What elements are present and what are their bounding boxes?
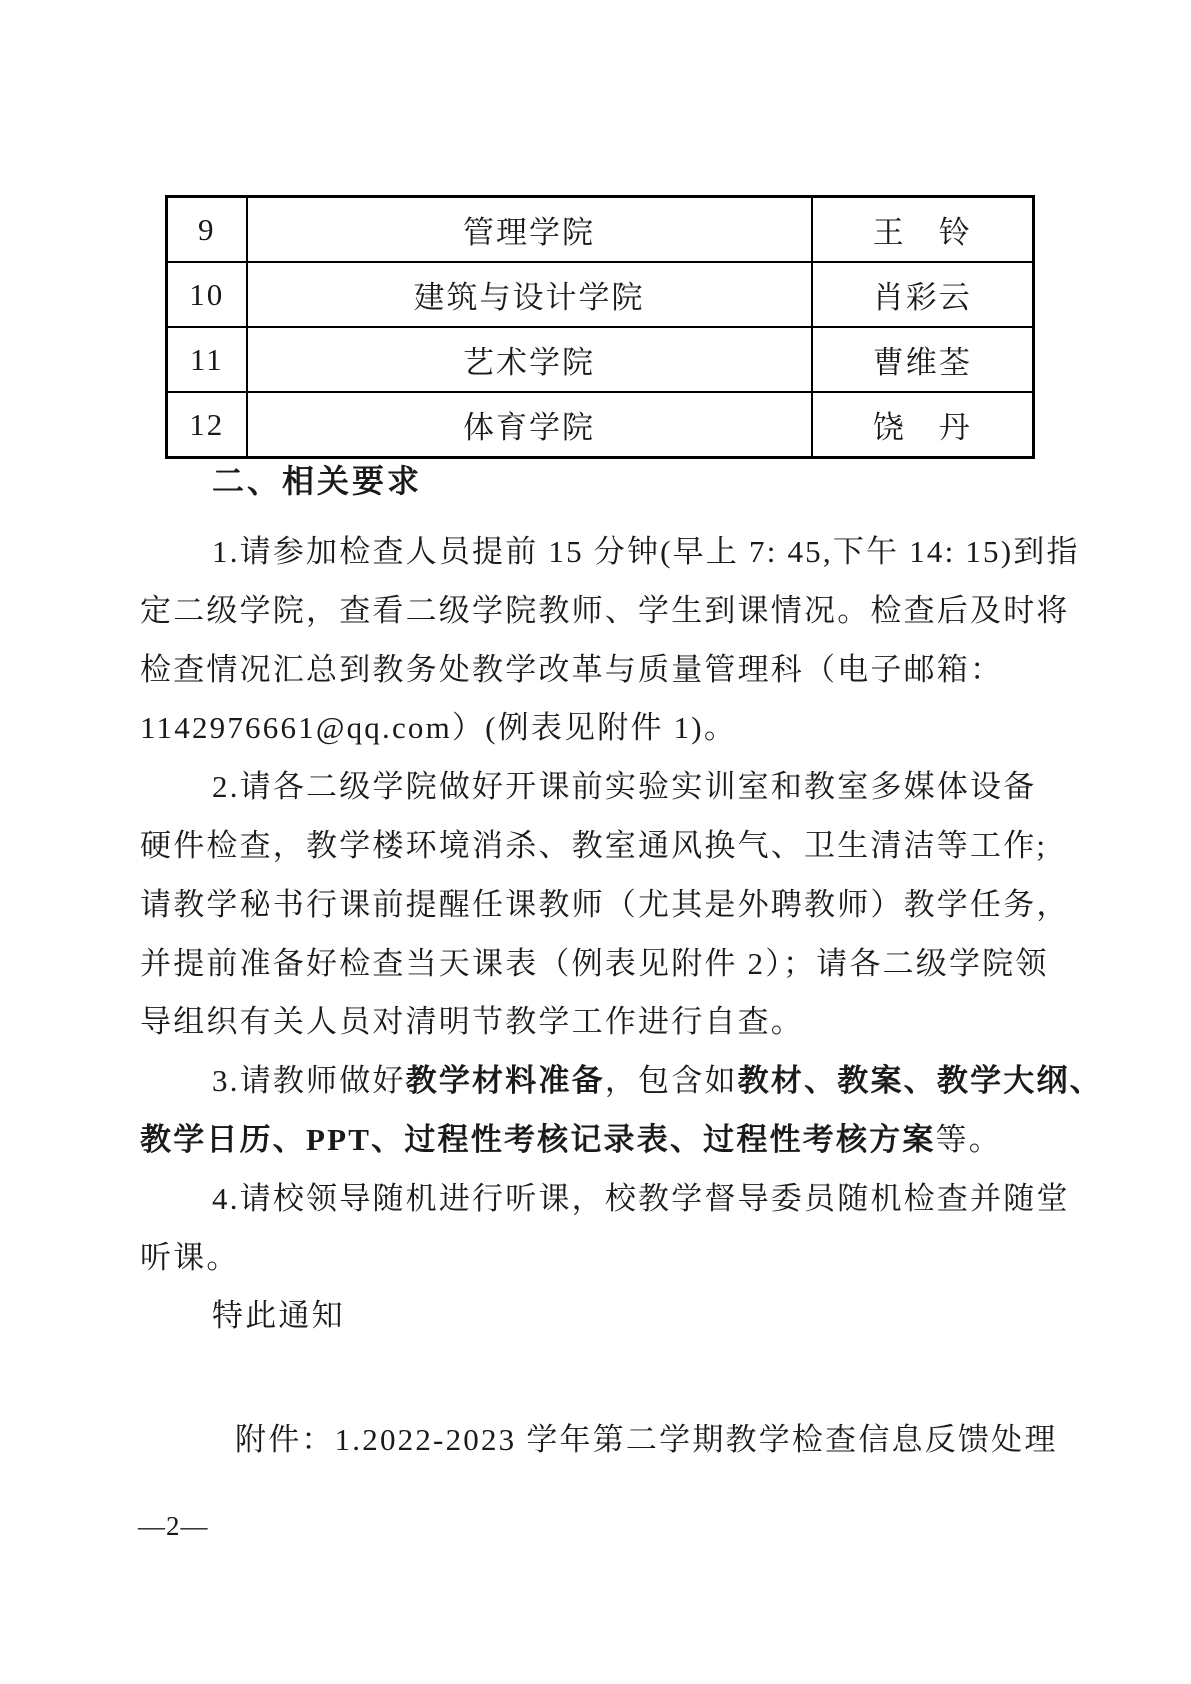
text-line: 硬件检查，教学楼环境消杀、教室通风换气、卫生清洁等工作; [140,817,1065,876]
cell-college: 管理学院 [247,197,812,263]
text-line: 听课。 [140,1229,1065,1288]
text-run: 特此通知 [212,1298,345,1333]
cell-college: 艺术学院 [247,327,812,392]
text-line: 2.请各二级学院做好开课前实验实训室和教室多媒体设备 [140,758,1065,817]
text-run: 1142976661@qq.com）(例表见附件 1)。 [140,710,737,745]
cell-row-number: 12 [167,392,247,458]
text-run: 并提前准备好检查当天课表（例表见附件 2）；请各二级学院领 [140,946,1049,981]
text-run: 导组织有关人员对清明节教学工作进行自查。 [140,1004,804,1039]
text-run: ，包含如 [605,1063,738,1098]
colleges-table-body: 9 管理学院 王 铃 10 建筑与设计学院 肖彩云 11 艺术学院 曹维荃 12… [167,197,1034,458]
text-line: 特此通知 [140,1287,1065,1346]
text-run: 1.请参加检查人员提前 15 分钟(早上 7: 45,下午 14: 15)到指 [212,534,1080,569]
text-run: 等。 [936,1122,1002,1157]
page-number: —2— [138,1506,209,1546]
body-text-block: 1.请参加检查人员提前 15 分钟(早上 7: 45,下午 14: 15)到指定… [140,523,1065,1346]
text-line: 3.请教师做好教学材料准备，包含如教材、教案、教学大纲、 [140,1052,1065,1111]
text-line: 导组织有关人员对清明节教学工作进行自查。 [140,993,1065,1052]
text-line: 并提前准备好检查当天课表（例表见附件 2）；请各二级学院领 [140,935,1065,994]
text-line: 教学日历、PPT、过程性考核记录表、过程性考核方案等。 [140,1111,1065,1170]
cell-row-number: 9 [167,197,247,263]
text-run: 定二级学院，查看二级学院教师、学生到课情况。检查后及时将 [140,593,1070,628]
cell-college: 建筑与设计学院 [247,262,812,327]
bold-text-run: 教材、教案、教学大纲、 [738,1063,1103,1098]
cell-person-name: 饶 丹 [812,392,1034,458]
text-line: 4.请校领导随机进行听课，校教学督导委员随机检查并随堂 [140,1170,1065,1229]
cell-row-number: 11 [167,327,247,392]
text-run: 3.请教师做好 [212,1063,406,1098]
text-run: 听课。 [140,1240,240,1275]
text-line: 1.请参加检查人员提前 15 分钟(早上 7: 45,下午 14: 15)到指 [140,523,1065,582]
cell-person-name: 曹维荃 [812,327,1034,392]
text-run: 请教学秘书行课前提醒任课教师（尤其是外聘教师）教学任务， [140,887,1070,922]
bold-text-run: 教学日历、PPT、过程性考核记录表、过程性考核方案 [140,1122,936,1157]
cell-person-name: 王 铃 [812,197,1034,263]
text-line: 请教学秘书行课前提醒任课教师（尤其是外聘教师）教学任务， [140,876,1065,935]
table-row: 11 艺术学院 曹维荃 [167,327,1034,392]
cell-college: 体育学院 [247,392,812,458]
colleges-table: 9 管理学院 王 铃 10 建筑与设计学院 肖彩云 11 艺术学院 曹维荃 12… [165,195,1035,459]
text-line: 定二级学院，查看二级学院教师、学生到课情况。检查后及时将 [140,582,1065,641]
text-line: 检查情况汇总到教务处教学改革与质量管理科（电子邮箱： [140,641,1065,700]
bold-text-run: 教学材料准备 [406,1063,605,1098]
table-row: 10 建筑与设计学院 肖彩云 [167,262,1034,327]
cell-row-number: 10 [167,262,247,327]
cell-person-name: 肖彩云 [812,262,1034,327]
attachment-line: 附件：1.2022-2023 学年第二学期教学检查信息反馈处理 [235,1411,1058,1469]
document-page: 9 管理学院 王 铃 10 建筑与设计学院 肖彩云 11 艺术学院 曹维荃 12… [0,0,1191,1684]
text-run: 检查情况汇总到教务处教学改革与质量管理科（电子邮箱： [140,652,1003,687]
text-run: 2.请各二级学院做好开课前实验实训室和教室多媒体设备 [212,769,1036,804]
table-row: 12 体育学院 饶 丹 [167,392,1034,458]
text-line: 1142976661@qq.com）(例表见附件 1)。 [140,699,1065,758]
section-heading: 二、相关要求 [212,452,422,510]
table-row: 9 管理学院 王 铃 [167,197,1034,263]
text-run: 4.请校领导随机进行听课，校教学督导委员随机检查并随堂 [212,1181,1070,1216]
text-run: 硬件检查，教学楼环境消杀、教室通风换气、卫生清洁等工作; [140,828,1047,863]
